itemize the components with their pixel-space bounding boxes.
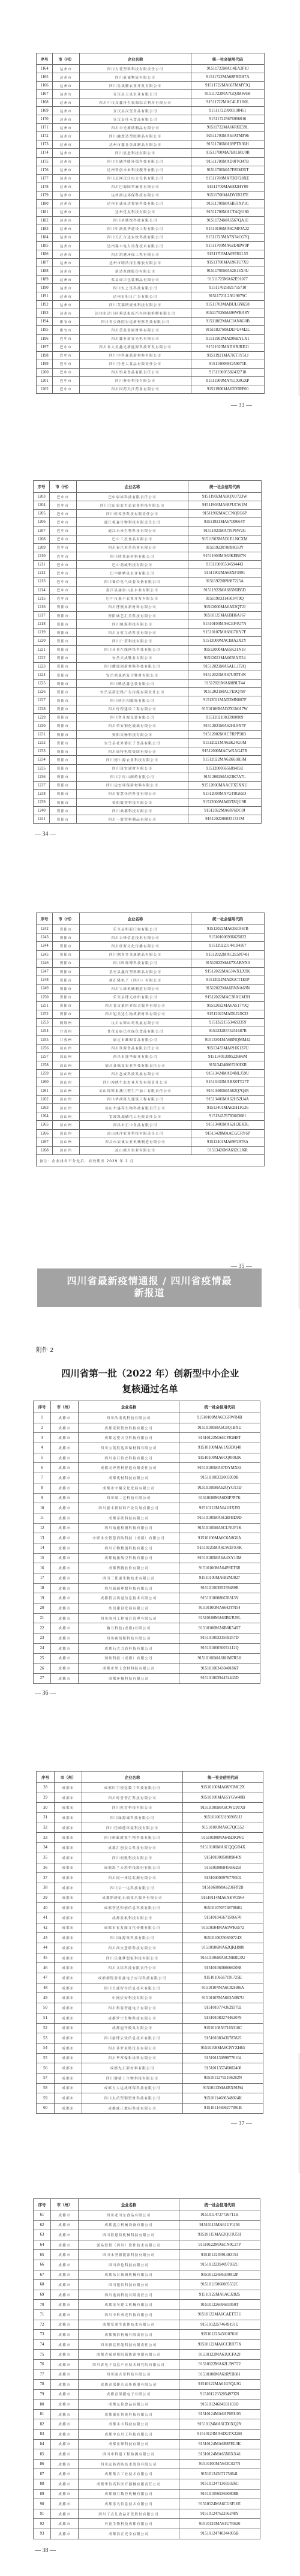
row-company-name: 四川融慧达塑胶制品有限公司 (80, 132, 191, 140)
table-row: 15成都市成都航拓航空科技有限公司91510100MA6A4XY13M (34, 1553, 260, 1563)
row-company-name: 四川长诚智谷信息技术有限公司 (82, 1983, 183, 1993)
table-header-row: 序号市（州）企业名称统一社会信用代码 (37, 913, 265, 925)
row-credit-code: 91510124MA6AP0RU05 (179, 2409, 260, 2419)
row-seq: 37 (37, 1873, 55, 1883)
row-credit-code: 915101130998776104 (183, 2053, 263, 2063)
row-seq: 1172 (37, 132, 53, 140)
table-row: 56成都市成都先正新材料有限公司915101135746002408 (37, 2063, 263, 2074)
row-seq: 1239 (34, 798, 50, 807)
row-credit-code: 91510114686348924K (183, 2093, 263, 2104)
column-header-name: 企业名称 (82, 1772, 183, 1783)
row-company-name: 成都青保捷旭阳新能源电器有限公司 (79, 2350, 179, 2360)
column-header-name: 企业名称 (79, 2199, 179, 2210)
column-header-seq: 序号 (34, 1401, 51, 1413)
table-row: 1244资阳市四川旺海文化传播有限公司915120223144104167 (37, 942, 265, 950)
table-row: 1233资阳市四川成特电缆集团有限公司91512000MACW5AG47B (34, 747, 262, 756)
row-city: 成都市 (51, 1664, 79, 1674)
row-company-name: 成都市雀友图文化传播有限公司 (82, 1923, 183, 1933)
row-seq: 76 (34, 2359, 51, 2369)
row-credit-code: 91511700MA7E8LMU9R (191, 149, 265, 157)
table-row: 1266凉山州凉山沐洋农业科技有限责任公司91513428MAACGCRY6P (37, 1129, 265, 1138)
row-company-name: 四川绿源集科技有限公司 (82, 1933, 183, 1943)
row-seq: 57 (37, 2073, 55, 2083)
row-company-name: 四川朗数科技有限公司 (82, 1853, 183, 1863)
table-row: 1177达州市四川总网汉江电力设备有限公司91511700MA7DD728XE (37, 174, 265, 182)
row-seq: 3 (34, 1433, 51, 1443)
row-seq: 1192 (37, 301, 53, 309)
row-company-name: 四川健骑士生物科技有限公司 (82, 2073, 183, 2083)
row-company-name: 成都盈根科技有限公司 (82, 1913, 183, 1923)
row-company-name: 甘孜县康巴拉绿色食品有限公司 (80, 1027, 191, 1036)
row-company-name: 四川时誉智汇科技有限公司 (82, 1793, 183, 1803)
row-seq: 1183 (37, 225, 53, 233)
row-seq: 82 (34, 2419, 51, 2430)
row-company-name: 达州市旭日广告有限公司 (80, 292, 191, 301)
table-row: 34成都市成都汇创众合科技有限公司91510100MA6CQQGR4X (37, 1843, 263, 1853)
row-company-name: 成都集合工业技术有限公司 (79, 2469, 179, 2479)
table-row: 18成都市四川新瑞理想科技有限公司91510100395259489R (34, 1583, 260, 1593)
row-company-name: 四川科泰智能电子有限公司 (82, 2003, 183, 2013)
row-city: 成都市 (51, 2270, 79, 2280)
row-credit-code: 91510100MA6A4XY13M (179, 1553, 260, 1563)
column-header-city: 市（州） (53, 913, 80, 925)
table-row: 1250资阳市乐至县博元纺织有限公司91512022MAC38AUM3H (37, 993, 265, 1001)
overlay-banner[interactable]: 四川省最新疫情通报 / 四川省疫情最 新报道 (37, 1268, 262, 1307)
table-row: 1263凉山州凉山州惠乔生物科技有限责任公司91513401MA62H11G26 (37, 1103, 265, 1112)
row-company-name: 四川义结科技有限责任公司 (82, 1963, 183, 1973)
row-city: 成都市 (55, 1983, 82, 1993)
row-credit-code: 91510122MA61UCFA2J (179, 2350, 260, 2360)
row-seq: 8 (34, 1483, 51, 1493)
row-credit-code: 91513428MAACGCRY6P (191, 1129, 265, 1138)
row-credit-code: 91511722MA66FMMY3Q (191, 82, 265, 90)
row-city: 甘孜州 (53, 1036, 80, 1044)
row-seq: 1217 (34, 611, 50, 620)
row-seq: 15 (34, 1553, 51, 1563)
row-credit-code: 91511723MA7N74CG7Q (191, 233, 265, 241)
row-company-name: 四川宝英胜达环保材料有限公司 (79, 1443, 179, 1453)
row-credit-code: 91510100MA68HM7R3H (179, 1653, 260, 1664)
banner-line-1: 四川省最新疫情通报 / 四川省疫情最 (37, 1275, 262, 1287)
row-credit-code: 91512021MA6889LT44 (188, 680, 262, 688)
row-company-name: 成都柄锐泰雷兹电子应用科技有限公司 (82, 1973, 183, 1983)
row-credit-code: 91512021MAC7E9Q79P (188, 688, 262, 696)
table-row: 22成都市瀚力科技(成都)有限公司91510100MA6B8K540T (34, 1623, 260, 1633)
table-row: 71成都市四川中科成光科技有限公司91510122MA6CAETT3U (34, 2309, 260, 2320)
row-credit-code: 91510106350650724X (183, 1933, 263, 1943)
row-credit-code: 91511722MA66REE59L (191, 124, 265, 132)
row-city: 达州市 (53, 140, 80, 149)
row-city: 成都市 (55, 1833, 82, 1843)
row-seq: 28 (37, 1783, 55, 1793)
row-credit-code: 91510100MA6C7QC552 (183, 1823, 263, 1833)
row-city: 资阳市 (50, 789, 77, 798)
table-row: 1210巴中市四川欣莱新材料有限公司91511900MA63KEB67N (34, 552, 262, 560)
row-city: 资阳市 (50, 781, 77, 789)
row-seq: 1191 (37, 292, 53, 301)
row-city: 成都市 (51, 2309, 79, 2320)
row-city: 成都市 (51, 1513, 79, 1523)
row-seq: 29 (37, 1793, 55, 1803)
row-credit-code: 91510122394097932C (179, 2260, 260, 2270)
table-row: 1167达州市宣汉县天泉水业有限公司91511722MA7GQ3MW6K (37, 90, 265, 98)
row-city: 巴中市 (50, 510, 77, 518)
table-row: 39成都市成都斯耐妃石油技术服务有限公司91510114MA6AKW3964 (37, 1893, 263, 1903)
table-row: 1260凉山州四川裕晓生态农业开发有限责任公司91513430MABX0TT27… (37, 1078, 265, 1087)
row-company-name: 凉山晴川果业有限公司 (80, 1146, 191, 1154)
row-company-name: 四川华西第九建筑工程有限公司 (80, 1095, 191, 1103)
table-row: 1168达州市四川中汉众鑫再生资源综合利用有限公司91511722MAC4LE1… (37, 98, 265, 107)
row-city: 资阳市 (50, 739, 77, 747)
row-company-name: 成都环极科技有限公司 (79, 1673, 179, 1683)
row-seq: 1206 (34, 518, 50, 526)
row-seq: 30 (37, 1803, 55, 1813)
row-company-name: 资阳宾畅科技有限公司 (77, 730, 188, 738)
row-city: 巴中市 (53, 385, 80, 393)
row-seq: 1207 (34, 526, 50, 535)
row-company-name: 成都罗宁生物科技有限公司 (82, 2013, 183, 2023)
row-city: 甘孜州 (53, 1027, 80, 1036)
row-city: 成都市 (51, 1523, 79, 1533)
row-seq: 1266 (37, 1129, 53, 1138)
table-note-row: 备注：企业排名不分先后，有效期至 2029 年 1 月 (37, 1155, 265, 1166)
row-credit-code: 91510124MA6B8FEL3K (179, 2439, 260, 2449)
row-company-name: 四川蚂蚁献策生物科技有限公司 (82, 1833, 183, 1843)
row-city: 达州市 (53, 208, 80, 216)
table-row: 46成都市四川义结科技有限责任公司915101060866662088 (37, 1963, 263, 1973)
row-city: 成都市 (51, 1533, 79, 1543)
row-seq: 65 (34, 2250, 51, 2260)
row-credit-code: 91510114696277891B (183, 2104, 263, 2114)
row-city: 成都市 (51, 2380, 79, 2390)
table-row: 1231资阳市资阳宾畅科技有限公司91512002MACFRPP58B (34, 730, 262, 738)
row-seq: 5 (34, 1453, 51, 1463)
table-row: 1228资阳市四川柠程建设工程有限公司91510106MAD2X1MA7W (34, 705, 262, 713)
table-row: 80成都市成都友伦食品有限公司91510124684591103D (34, 2400, 260, 2410)
row-credit-code: 91511921MA7KT3Y51J (191, 351, 265, 360)
table-row: 4成都市四川宝英胜达环保材料有限公司91510100MA61XBDQ48 (34, 1443, 260, 1453)
row-seq: 1175 (37, 157, 53, 166)
row-credit-code: 91511902MACCNQEG6P (188, 510, 262, 518)
row-company-name: 四川同一环境监测有限公司 (82, 1873, 183, 1883)
row-seq: 63 (34, 2230, 51, 2240)
row-company-name: 四川绿源诚科技有限公司 (82, 1813, 183, 1823)
row-company-name: 安岳县新思路广告传媒有限责任公司 (77, 688, 188, 696)
table-row: 1206巴中市通江栎森生物科技有限责任公司91511921MA67D8664Y (34, 518, 262, 526)
table-row: 1265凉山州西昌市正中食品有限公司91513401MA62H3EK3L (37, 1121, 265, 1129)
row-seq: 1209 (34, 543, 50, 552)
row-company-name: 四川怡朵食品有限责任公司 (80, 368, 191, 376)
table-row: 1179达州市达州润达环保科技有限公司91511700MADYJR2J7E (37, 191, 265, 199)
table-row: 9成都市四川喵二艺科技有限公司91510100MA6D0P7P7K (34, 1493, 260, 1503)
row-city: 巴中市 (50, 561, 77, 569)
table-row: 1252资阳市四川旭美达生物质新材料有限公司91512022MADLJ2JK32 (37, 1010, 265, 1018)
row-credit-code: 91510100MA64P8ET6R (179, 1563, 260, 1573)
row-credit-code: 91510100MA6CGRWR4B (179, 1413, 260, 1423)
row-seq: 1186 (37, 250, 53, 259)
row-company-name: 四川裕晓生态农业开发有限责任公司 (80, 1078, 191, 1087)
row-company-name: 南江县涌泉山泉水业有限公司 (77, 586, 188, 594)
table-row: 43成都市四川绿源集科技有限公司91510106350650724X (37, 1933, 263, 1943)
row-credit-code: 91511921MA7J5P6W2G (188, 526, 262, 535)
row-credit-code: 91511700MAD0FN347B (191, 157, 265, 166)
table-row: 1208巴中市巴中工投食品有限公司91511903MAD1ELNCXM (34, 535, 262, 543)
row-city: 资阳市 (50, 629, 77, 637)
row-company-name: 成都乐凡信息技术有限公司 (79, 2499, 179, 2509)
row-seq: 1201 (37, 376, 53, 385)
row-company-name: 四川万汇合达农牧科技有限公司 (80, 233, 191, 241)
row-seq: 1263 (37, 1103, 53, 1112)
row-company-name: 安岳县老外婆坛子食品有限公司 (77, 739, 188, 747)
row-seq: 1225 (34, 680, 50, 688)
row-credit-code: 91513401399522686M (191, 1052, 265, 1061)
table-row: 50成都市四川科泰智能电子有限公司915101077436293792 (37, 2003, 263, 2013)
row-credit-code: 91510113MA6BX9JJ94 (183, 2083, 263, 2093)
page-number: — 36 — (35, 1690, 56, 1697)
row-city: 成都市 (51, 2350, 79, 2360)
row-company-name: 四川欣莱新材料有限公司 (77, 552, 188, 560)
table-row: 1169达州市宣汉县汉玺食品有限公司915117223093198451 (37, 107, 265, 115)
row-city: 成都市 (51, 2210, 79, 2221)
row-city: 成都市 (51, 2479, 79, 2490)
row-seq: 1267 (37, 1138, 53, 1146)
row-company-name: 四川巴山果农生态农业科技有限公司 (77, 501, 188, 510)
row-company-name: 四川柠程建设工程有限公司 (77, 705, 188, 713)
row-credit-code: 915120210833900909 (188, 713, 262, 722)
row-company-name: 四川金晟腾农业开发有限公司 (80, 82, 191, 90)
table-row: 1187达州市达州市明浩再生橡胶有限公司91511700MA6961U7X9 (37, 259, 265, 267)
row-city: 成都市 (55, 1823, 82, 1833)
row-company-name: 凉山州惠乔生物科技有限责任公司 (80, 1103, 191, 1112)
row-seq: 80 (34, 2400, 51, 2410)
table-row: 1225资阳市四川腾达鑫包装有限公司91512021MA6889LT44 (34, 680, 262, 688)
row-city: 资阳市 (50, 662, 77, 671)
row-company-name: 四川骄乐扣服饰有限公司 (77, 696, 188, 705)
table-row: 72成都市成都安迪生流体技术有限公司91510122574649191U (34, 2320, 260, 2330)
row-city: 成都市 (51, 1653, 79, 1664)
row-company-name: 乐至县博元纺织有限公司 (80, 993, 191, 1001)
row-credit-code: 91510106MA62QKH988 (183, 1943, 263, 1953)
row-seq: 22 (34, 1623, 51, 1633)
row-credit-code: 91513433MA691K137U (191, 1044, 265, 1052)
table-row: 1215巴中市巴中市惠丰农业开发有限公司91511903314503479Q (34, 594, 262, 603)
row-city: 成都市 (51, 2489, 79, 2499)
row-credit-code: 91510600MA6236FP2B (183, 1883, 263, 1893)
row-company-name: 四川浩诺优科技有限公司 (79, 1413, 179, 1423)
row-credit-code: 91511721L23619079C (191, 292, 265, 301)
row-city: 资阳市 (53, 1010, 80, 1018)
row-city: 雅安市 (53, 318, 80, 326)
row-city: 巴中市 (50, 535, 77, 543)
row-credit-code: 91513430MABX0TT27T (191, 1078, 265, 1087)
row-credit-code: 91511922MA685N0B5D (188, 586, 262, 594)
row-credit-code: 91510100321569257D (179, 1633, 260, 1644)
row-company-name: 达州市诚易达智能科技有限公司 (80, 199, 191, 208)
page-number: — 38 — (35, 2547, 56, 2554)
column-header-seq: 序号 (34, 481, 50, 493)
row-credit-code: 91510100MA643C027N (179, 2459, 260, 2469)
row-city: 达州市 (53, 284, 80, 292)
row-city: 成都市 (51, 1623, 79, 1633)
row-company-name: 安岳鸿晟裕复合鞋材有限公司 (77, 671, 188, 679)
row-city: 凉山州 (53, 1070, 80, 1078)
row-city: 凉山州 (53, 1044, 80, 1052)
row-company-name: 成都金昊建工机械有限公司 (79, 2300, 179, 2310)
row-company-name: 四川灿通检测科技有限公司 (79, 1523, 179, 1533)
table-row: 1253阿坝州汶川农辉山鸡发展有限公司915132215534693359 (37, 1019, 265, 1027)
row-credit-code: 915132215534693359 (191, 1019, 265, 1027)
row-city: 凉山州 (53, 1103, 80, 1112)
row-city: 资阳市 (50, 637, 77, 645)
row-city: 资阳市 (50, 688, 77, 696)
attachment-label: 附件 2 (36, 1345, 54, 1354)
row-seq: 33 (37, 1833, 55, 1843)
table-row: 1213巴中市四川蜀信电气成套设备有限公司91511922089887225A (34, 578, 262, 586)
table-row: 21成都市四川洛河工程项目管理有限公司91510100MA63BUJU9L (34, 1613, 260, 1623)
row-city: 资阳市 (53, 985, 80, 993)
row-seq: 66 (34, 2260, 51, 2270)
row-city: 资阳市 (50, 654, 77, 662)
row-company-name: 四川博澳昇新材料有限公司 (77, 603, 188, 611)
row-seq: 39 (37, 1893, 55, 1903)
row-credit-code: 91512000MA6A52QT2J (188, 603, 262, 611)
row-seq: 1180 (37, 199, 53, 208)
row-credit-code: 91511700MA68J2HY00 (191, 182, 265, 191)
row-credit-code: 91510107057487868G (183, 1903, 263, 1913)
row-seq: 91 (34, 2509, 51, 2519)
row-city: 成都市 (55, 2023, 82, 2033)
table-row: 1192达州市四川艾瑞斯流体科技有限公司91511703MABUL6NK58 (37, 301, 265, 309)
row-city: 成都市 (51, 2430, 79, 2440)
row-company-name: 渠县成兴包装制品有限公司 (80, 276, 191, 284)
row-credit-code: 9151012233205497XN (179, 2389, 260, 2400)
row-city: 达州市 (53, 174, 80, 182)
row-credit-code: 915117223093198451 (191, 107, 265, 115)
row-city: 达州市 (53, 191, 80, 199)
table-row: 41成都市成都盈根科技有限公司915101045671506670 (37, 1913, 263, 1923)
column-header-credit-code: 统一社会信用代码 (188, 481, 262, 493)
table-row: 1223资阳市四川耀盛创新材料科技有限公司91512021MA6ALLJF2Q (34, 662, 262, 671)
row-credit-code: 91511827MADEFU4M2L (191, 326, 265, 334)
row-credit-code: 91512022MA62K0367B (191, 925, 265, 934)
table-row: 1175达州市四川吉磷净暖环保科技有限公司91511700MAD0FN347B (37, 157, 265, 166)
company-list-table: 序号市（州）企业名称统一社会信用代码61成都市四川老川东食品有限公司915101… (33, 2198, 260, 2539)
row-credit-code: 915101045671506670 (183, 1913, 263, 1923)
row-credit-code: 91510100MA61RYB681 (179, 2369, 260, 2380)
row-credit-code: 91513400MA682Q7Q4R (191, 1087, 265, 1095)
row-company-name: 四川吉烽信息技术有限公司 (80, 934, 191, 942)
row-seq: 1208 (34, 535, 50, 543)
row-company-name: 四川康吉堂科技有限公司 (79, 2369, 179, 2380)
row-city: 成都市 (55, 2033, 82, 2044)
row-company-name: 四川喵二艺科技有限公司 (79, 1493, 179, 1503)
row-seq: 55 (37, 2053, 55, 2063)
row-seq: 43 (37, 1933, 55, 1943)
row-seq: 42 (37, 1923, 55, 1933)
table-row: 24成都市成都石大力盾科技有限公司91510100050074112Q (34, 1643, 260, 1653)
table-row: 1202巴中市四川国药天江药业有限公司91511900MA62D5RP00 (37, 385, 265, 393)
table-row: 1174达州市四川晨进科技有限公司91511700MA7E8LMU9R (37, 149, 265, 157)
row-credit-code: 915134240807290IXR (191, 1061, 265, 1070)
row-seq: 89 (34, 2489, 51, 2499)
row-company-name: 成都汇创众合科技有限公司 (82, 1843, 183, 1853)
row-city: 资阳市 (53, 950, 80, 959)
row-company-name: 四川省开源包装有限公司 (77, 713, 188, 722)
row-seq: 12 (34, 1523, 51, 1533)
page-number: — 34 — (35, 831, 56, 837)
row-company-name: 四川蓥益金属材料有限公司 (80, 326, 191, 334)
row-seq: 1240 (34, 807, 50, 815)
row-credit-code: 91510100MA6D0P7P7K (179, 1493, 260, 1503)
row-city: 资阳市 (50, 696, 77, 705)
row-company-name: 巴中康裕科技有限责任公司 (77, 493, 188, 501)
table-row: 1226资阳市安岳县新思路广告传媒有限责任公司91512021MAC7E9Q79… (34, 688, 262, 696)
table-row: 61成都市四川老川东食品有限公司91510114737726711H (34, 2210, 260, 2221)
row-seq: 68 (34, 2280, 51, 2290)
row-city: 资阳市 (53, 976, 80, 985)
row-credit-code: 91510124MA6CD0XQ2N (179, 2419, 260, 2430)
row-credit-code: 91512022MA6BNNA69N (191, 985, 265, 993)
row-city: 成都市 (55, 2013, 82, 2023)
row-seq: 1173 (37, 140, 53, 149)
row-company-name: 宣汉县汉玺食品有限公司 (80, 107, 191, 115)
row-city: 巴中市 (50, 501, 77, 510)
row-company-name: 汶川农辉山鸡发展有限公司 (80, 1019, 191, 1027)
row-city: 达州市 (53, 107, 80, 115)
row-city: 凉山州 (53, 1052, 80, 1061)
table-row: 13成都市中联永安智慧消防科技（成都）有限公司91510100MA6C6A8G0… (34, 1533, 260, 1543)
row-seq: 23 (34, 1633, 51, 1644)
row-company-name: 四川创博云软信息技术有限公司 (82, 2033, 183, 2044)
row-city: 凉山州 (53, 1061, 80, 1070)
row-seq: 1179 (37, 191, 53, 199)
row-credit-code: 91512021MA62HL9X7P (188, 722, 262, 730)
row-credit-code: 91510124762256248Y (179, 2509, 260, 2519)
table-note: 备注：企业排名不分先后，有效期至 2029 年 1 月 (37, 1155, 265, 1166)
row-credit-code: 915101135746002408 (183, 2063, 263, 2074)
row-seq: 1231 (34, 730, 50, 738)
row-city: 成都市 (51, 2300, 79, 2310)
row-seq: 1262 (37, 1095, 53, 1103)
row-city: 雅安市 (53, 326, 80, 334)
row-city: 成都市 (55, 1913, 82, 1923)
row-credit-code: 91513401MA62H52U4A (191, 1095, 265, 1103)
row-seq: 69 (34, 2290, 51, 2300)
row-city: 资阳市 (53, 934, 80, 942)
row-city: 资阳市 (50, 713, 77, 722)
row-company-name: 四川蜀信电气成套设备有限公司 (77, 578, 188, 586)
table-row: 66成都市四川舜伦科技有限公司91510122394097932C (34, 2260, 260, 2270)
row-city: 达州市 (53, 199, 80, 208)
row-credit-code: 915119005582432718 (191, 368, 265, 376)
row-seq: 59 (37, 2093, 55, 2104)
row-city: 成都市 (55, 1943, 82, 1953)
row-city: 巴中市 (50, 518, 77, 526)
row-credit-code: 91510107MA663A0B7U (183, 1993, 263, 2003)
row-seq: 1248 (37, 976, 53, 985)
row-city: 凉山州 (53, 1129, 80, 1138)
table-row: 55成都市四川华邦保和涂料有限公司915101130998776104 (37, 2053, 263, 2063)
row-company-name: 四川西交慧桥科技有限公司 (82, 1943, 183, 1953)
row-seq: 1222 (34, 654, 50, 662)
row-credit-code: 91513301MA6BNQMM42 (191, 1036, 265, 1044)
row-company-name: 成都时空视觉数字科技有限公司 (82, 1783, 183, 1793)
table-row: 91成都市四川丁点儿食品开发股份有限公司91510124762256248Y (34, 2509, 260, 2519)
row-credit-code: 91511700MA7DD728XE (191, 174, 265, 182)
row-company-name: 成都远望天空科技有限公司 (79, 1433, 179, 1443)
row-seq: 64 (34, 2240, 51, 2250)
row-seq: 1233 (34, 747, 50, 756)
